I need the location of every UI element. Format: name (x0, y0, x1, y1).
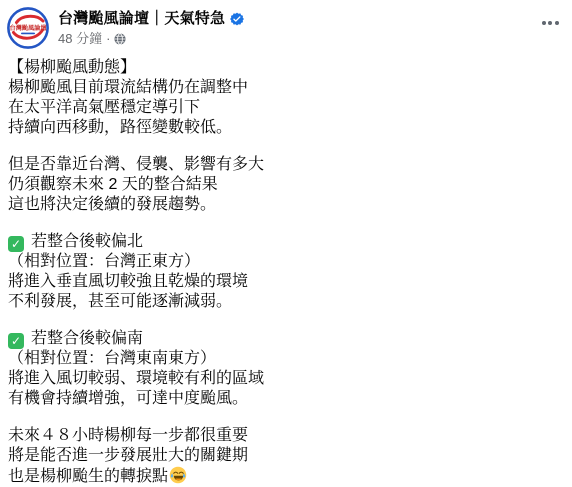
post-paragraph: 但是否靠近台灣、侵襲、影響有多大仍須觀察未來 2 天的整合結果這也將決定後續的發… (8, 155, 564, 215)
post-content: 【楊柳颱風動態】楊柳颱風目前環流結構仍在調整中在太平洋高氣壓穩定導引下持續向西移… (0, 52, 572, 487)
post-text-line: 楊柳颱風目前環流結構仍在調整中 (8, 78, 564, 98)
post-text-line: （相對位置：台灣正東方） (8, 252, 564, 272)
title-row: 台灣颱風論壇｜天氣特急 (58, 9, 244, 28)
post-paragraph: 未來４８小時楊柳每一步都很重要將是能否進一步發展壯大的關鍵期也是楊柳颱生的轉捩點 (8, 426, 564, 487)
post-text-line: 不利發展，甚至可能逐漸減弱。 (8, 292, 564, 312)
more-options-button[interactable] (536, 12, 564, 34)
page-avatar[interactable]: 台灣颱風論壇 (7, 7, 49, 49)
facebook-post: 台灣颱風論壇 台灣颱風論壇｜天氣特急 48 分鐘 · (0, 0, 572, 487)
ellipsis-dot (555, 21, 559, 25)
ellipsis-dot (542, 21, 546, 25)
post-text-line: 但是否靠近台灣、侵襲、影響有多大 (8, 155, 564, 175)
meta-dot-separator: · (106, 31, 110, 47)
verified-badge-icon (230, 12, 244, 26)
post-paragraph: 【楊柳颱風動態】楊柳颱風目前環流結構仍在調整中在太平洋高氣壓穩定導引下持續向西移… (8, 58, 564, 138)
page-name-link[interactable]: 台灣颱風論壇｜天氣特急 (58, 9, 225, 28)
post-header: 台灣颱風論壇 台灣颱風論壇｜天氣特急 48 分鐘 · (0, 0, 572, 52)
face-with-tears-of-joy-emoji (169, 466, 187, 484)
post-text-line: 將進入風切較弱、環境較有利的區域 (8, 369, 564, 389)
ellipsis-dot (548, 21, 552, 25)
post-text-line: 未來４８小時楊柳每一步都很重要 (8, 426, 564, 446)
post-text-line: 這也將決定後續的發展趨勢。 (8, 195, 564, 215)
post-text-line: 有機會持續增強，可達中度颱風。 (8, 389, 564, 409)
post-text-line: 將是能否進一步發展壯大的關鍵期 (8, 446, 564, 466)
svg-text:台灣颱風論壇: 台灣颱風論壇 (9, 24, 47, 32)
post-text-line: （相對位置：台灣東南東方） (8, 349, 564, 369)
post-text-line: 仍須觀察未來 2 天的整合結果 (8, 175, 564, 195)
public-globe-icon (114, 33, 126, 45)
post-text-line: ✓若整合後較偏南 (8, 329, 564, 349)
post-text-line: 也是楊柳颱生的轉捩點 (8, 466, 564, 487)
post-text-line: 在太平洋高氣壓穩定導引下 (8, 98, 564, 118)
post-paragraph: ✓若整合後較偏南（相對位置：台灣東南東方）將進入風切較弱、環境較有利的區域有機會… (8, 329, 564, 409)
post-text-line: ✓若整合後較偏北 (8, 232, 564, 252)
green-check-emoji: ✓ (8, 236, 24, 252)
page-logo-icon: 台灣颱風論壇 (7, 7, 49, 49)
header-text: 台灣颱風論壇｜天氣特急 48 分鐘 · (58, 7, 244, 47)
green-check-emoji: ✓ (8, 333, 24, 349)
post-text-line: 將進入垂直風切較強且乾燥的環境 (8, 272, 564, 292)
post-timestamp[interactable]: 48 分鐘 (58, 31, 102, 47)
post-text-line: 持續向西移動，路徑變數較低。 (8, 118, 564, 138)
post-text-line: 【楊柳颱風動態】 (8, 58, 564, 78)
meta-row: 48 分鐘 · (58, 31, 244, 47)
post-paragraph: ✓若整合後較偏北（相對位置：台灣正東方）將進入垂直風切較強且乾燥的環境不利發展，… (8, 232, 564, 312)
